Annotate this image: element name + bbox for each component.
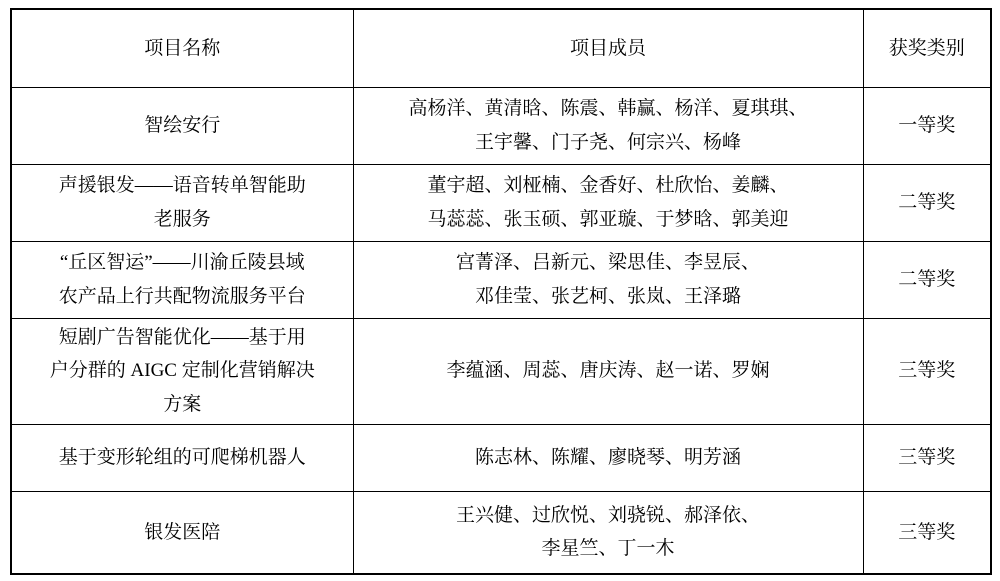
- award-cell: 三等奖: [863, 491, 991, 574]
- header-award-category: 获奖类别: [863, 9, 991, 87]
- table-row: 银发医陪 王兴健、过欣悦、刘骁锐、郝泽依、 李星竺、丁一木 三等奖: [11, 491, 991, 574]
- project-name-cell: 智绘安行: [11, 87, 353, 164]
- award-cell: 一等奖: [863, 87, 991, 164]
- table-row: 声援银发——语音转单智能助 老服务 董宇超、刘桠楠、金香好、杜欣怡、姜麟、 马蕊…: [11, 164, 991, 241]
- header-project-name: 项目名称: [11, 9, 353, 87]
- header-project-members: 项目成员: [353, 9, 863, 87]
- table-row: 基于变形轮组的可爬梯机器人 陈志林、陈耀、廖晓琴、明芳涵 三等奖: [11, 424, 991, 491]
- project-name-cell: “丘区智运”——川渝丘陵县域 农产品上行共配物流服务平台: [11, 241, 353, 318]
- award-cell: 三等奖: [863, 424, 991, 491]
- members-cell: 宫菁泽、吕新元、梁思佳、李昱辰、 邓佳莹、张艺柯、张岚、王泽璐: [353, 241, 863, 318]
- project-name-cell: 声援银发——语音转单智能助 老服务: [11, 164, 353, 241]
- members-cell: 王兴健、过欣悦、刘骁锐、郝泽依、 李星竺、丁一木: [353, 491, 863, 574]
- members-cell: 董宇超、刘桠楠、金香好、杜欣怡、姜麟、 马蕊蕊、张玉硕、郭亚璇、于梦晗、郭美迎: [353, 164, 863, 241]
- table-header-row: 项目名称 项目成员 获奖类别: [11, 9, 991, 87]
- award-table: 项目名称 项目成员 获奖类别 智绘安行 高杨洋、黄清晗、陈震、韩赢、杨洋、夏琪琪…: [10, 8, 992, 575]
- table-row: 智绘安行 高杨洋、黄清晗、陈震、韩赢、杨洋、夏琪琪、 王宇馨、门子尧、何宗兴、杨…: [11, 87, 991, 164]
- project-name-cell: 基于变形轮组的可爬梯机器人: [11, 424, 353, 491]
- members-cell: 陈志林、陈耀、廖晓琴、明芳涵: [353, 424, 863, 491]
- project-name-cell: 银发医陪: [11, 491, 353, 574]
- table-row: “丘区智运”——川渝丘陵县域 农产品上行共配物流服务平台 宫菁泽、吕新元、梁思佳…: [11, 241, 991, 318]
- table-row: 短剧广告智能优化——基于用 户分群的 AIGC 定制化营销解决 方案 李蕴涵、周…: [11, 318, 991, 424]
- members-cell: 李蕴涵、周蕊、唐庆涛、赵一诺、罗娴: [353, 318, 863, 424]
- award-table-container: 项目名称 项目成员 获奖类别 智绘安行 高杨洋、黄清晗、陈震、韩赢、杨洋、夏琪琪…: [10, 8, 990, 575]
- award-cell: 三等奖: [863, 318, 991, 424]
- project-name-cell: 短剧广告智能优化——基于用 户分群的 AIGC 定制化营销解决 方案: [11, 318, 353, 424]
- award-cell: 二等奖: [863, 164, 991, 241]
- members-cell: 高杨洋、黄清晗、陈震、韩赢、杨洋、夏琪琪、 王宇馨、门子尧、何宗兴、杨峰: [353, 87, 863, 164]
- award-cell: 二等奖: [863, 241, 991, 318]
